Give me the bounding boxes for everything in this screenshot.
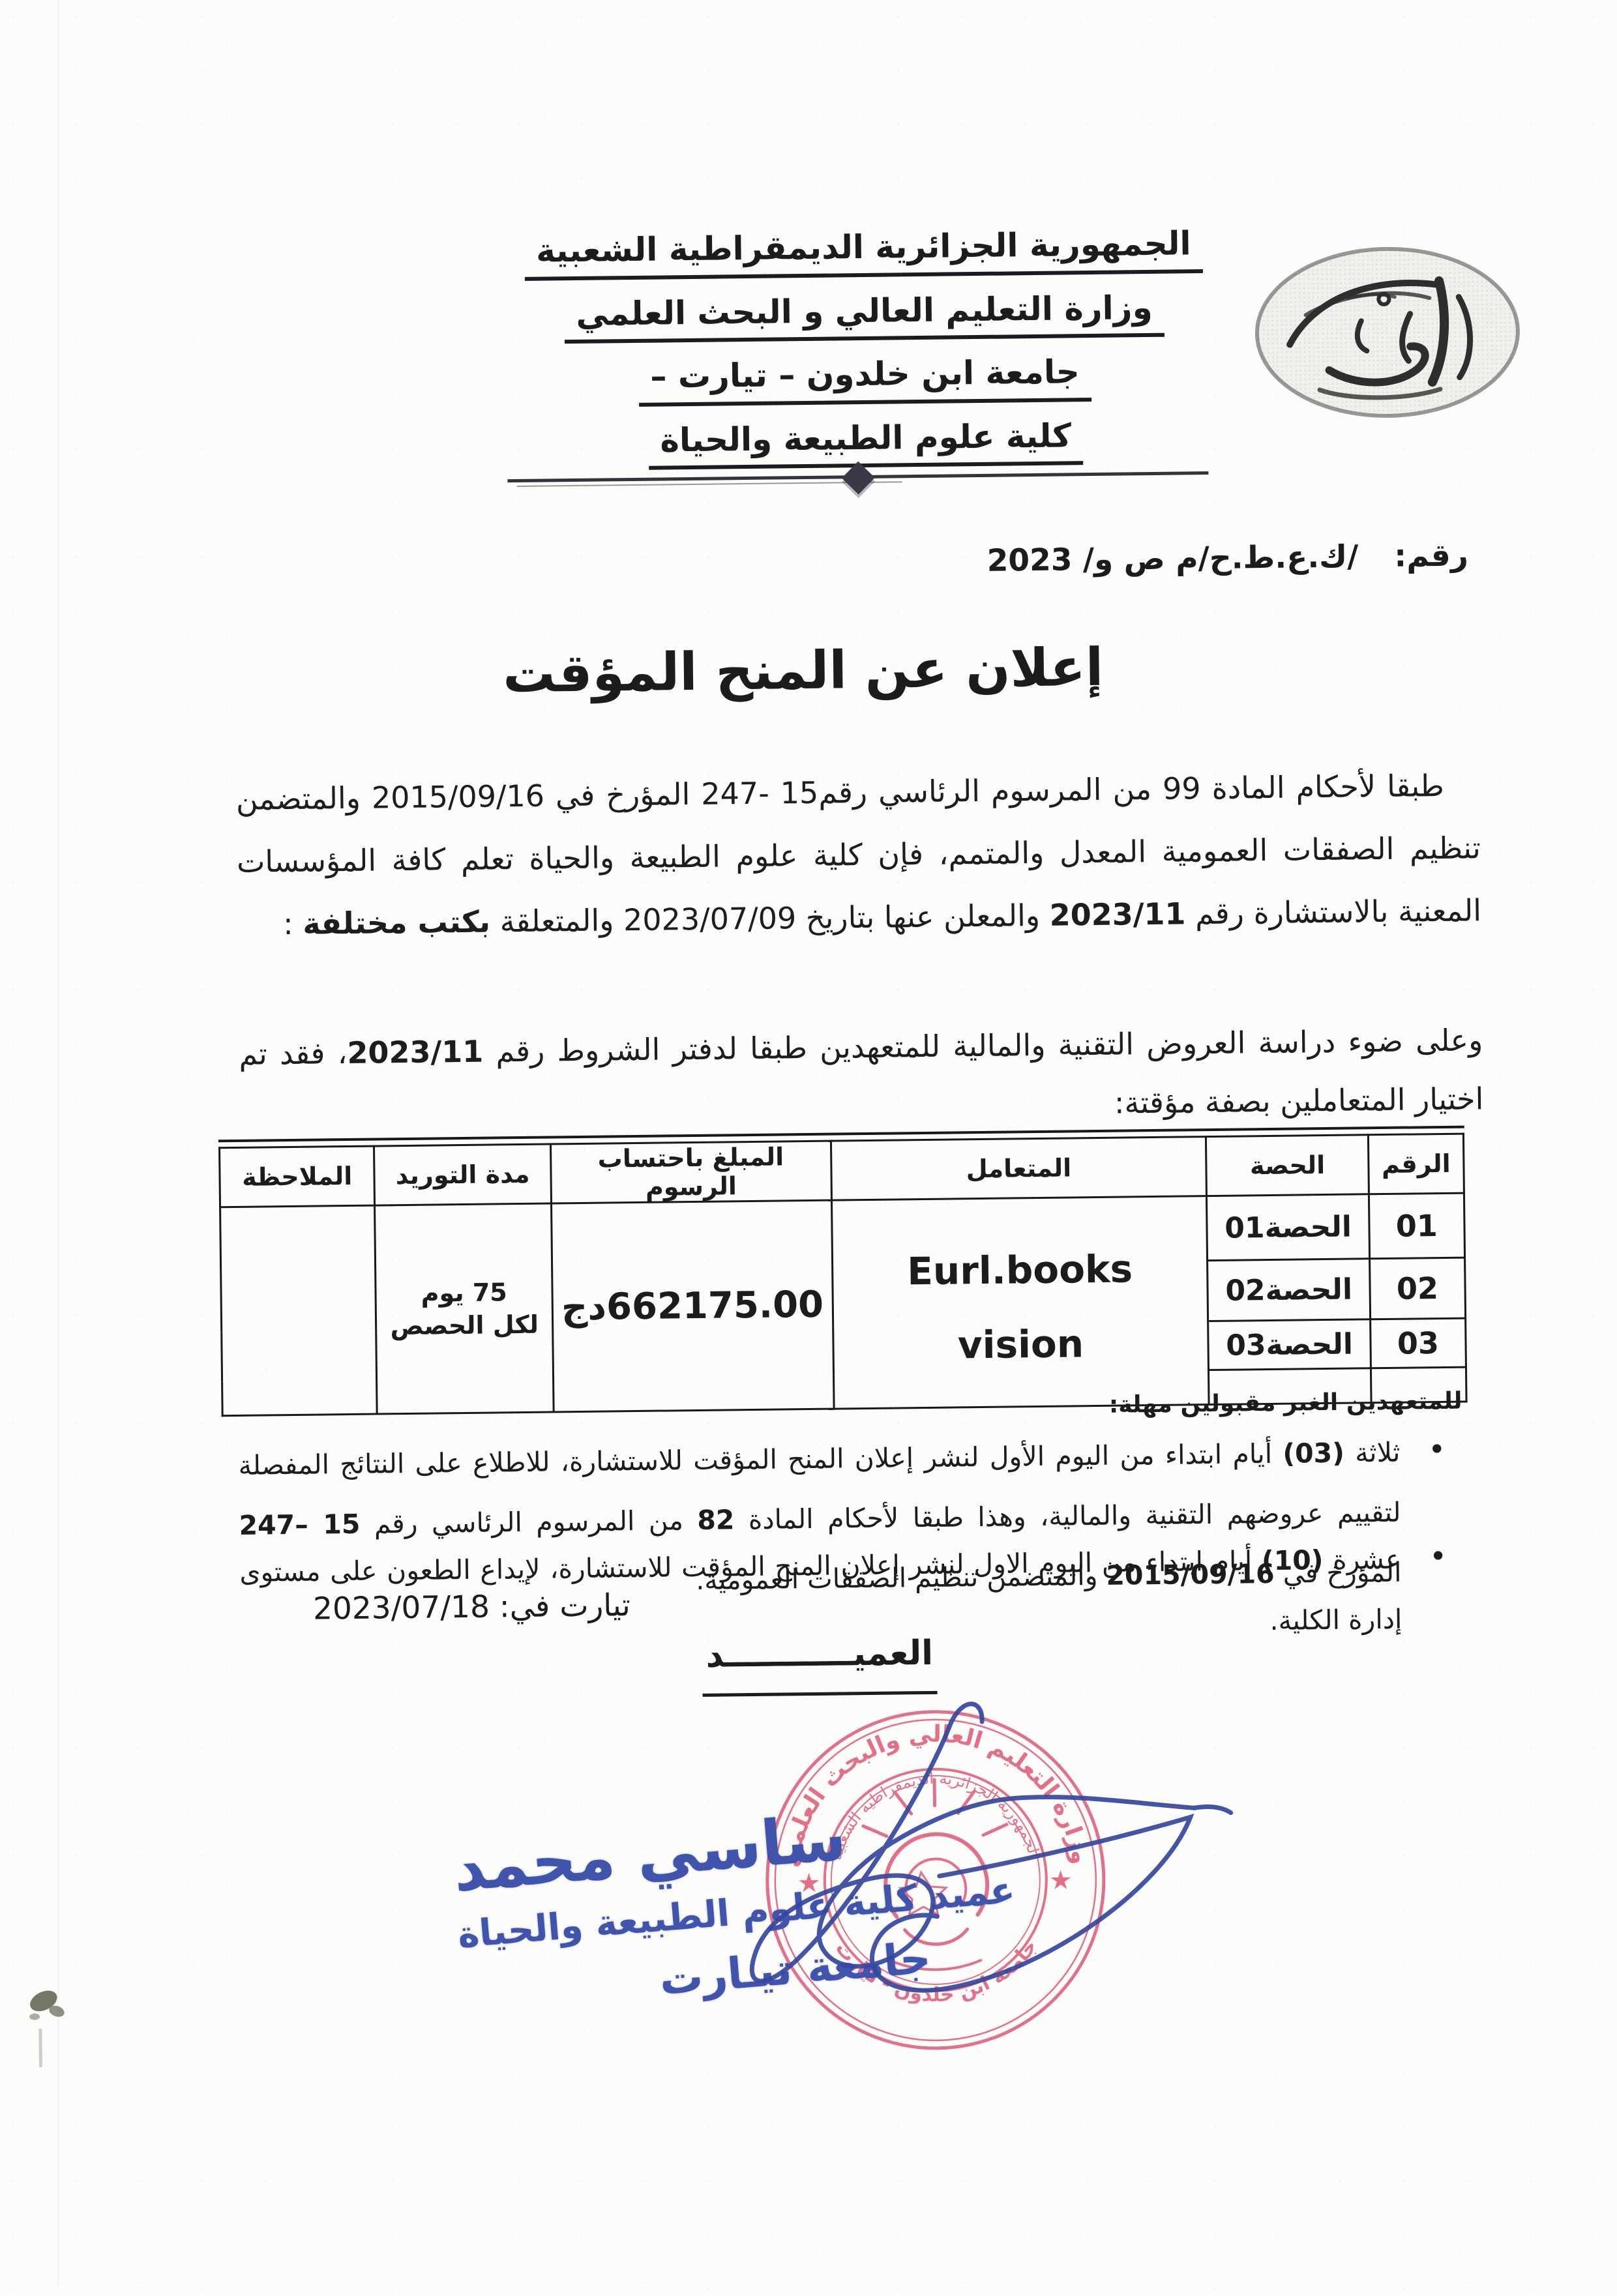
diamond-icon	[841, 462, 874, 495]
signature-icon	[572, 1668, 1267, 2040]
signature-scribble	[572, 1668, 1267, 2040]
page-title: إعلان عن المنح المؤقت	[216, 634, 1390, 707]
document-sheet: الجمهورية الجزائرية الديمقراطية الشعبية …	[0, 0, 1617, 2287]
row-number: 03	[1370, 1318, 1466, 1368]
place-date: تيارت في: 2023/07/18	[313, 1587, 630, 1627]
col-header-operator: المتعامل	[831, 1137, 1207, 1201]
selection-paragraph: وعلى ضوء دراسة العروض التقنية والمالية ل…	[239, 1010, 1484, 1142]
col-header-amount: المبلغ باحتساب الرسوم	[550, 1141, 831, 1203]
letterhead-line: جامعة ابن خلدون – تيارت –	[477, 351, 1253, 408]
operator-name-line2: vision	[834, 1320, 1208, 1368]
results-table: الرقم الحصة المتعامل المبلغ باحتساب الرس…	[218, 1133, 1468, 1417]
ministry-name: وزارة التعليم العالي و البحث العلمي	[564, 289, 1165, 344]
reference-line: رقم:/ك.ع.ط.ح/م ص و/ 2023	[987, 537, 1468, 578]
amount-cell: 662175.00دج	[551, 1200, 833, 1412]
b2-seg1: عشرة	[1323, 1544, 1401, 1576]
operator-cell: Eurl.books vision	[831, 1196, 1209, 1409]
republic-name: الجمهورية الجزائرية الديمقراطية الشعبية	[524, 225, 1203, 280]
col-header-remark: الملاحظة	[220, 1146, 375, 1207]
b1-seg5: من المرسوم الرئاسي رقم	[360, 1505, 697, 1540]
university-seal-logo	[1243, 234, 1532, 433]
letterhead: الجمهورية الجزائرية الديمقراطية الشعبية …	[475, 224, 1254, 487]
duration-line1: 75 يوم	[377, 1275, 552, 1310]
b1-article: 82	[697, 1504, 735, 1536]
b1-seg1: ثلاثة	[1344, 1437, 1401, 1469]
row-lot: الحصة02	[1208, 1259, 1370, 1321]
tender-number: 2023/11	[347, 1034, 483, 1070]
corner-smudge	[19, 1982, 79, 2081]
duration-line2: لكل الحصص	[377, 1308, 552, 1342]
smudge-icon	[19, 1982, 79, 2081]
col-header-number: الرقم	[1368, 1134, 1464, 1194]
subject-books: بكتب مختلفة	[303, 904, 490, 941]
bullet-icon: •	[1429, 1526, 1447, 1586]
consultation-number: 2023/11	[1049, 896, 1185, 932]
scanned-document-page: الجمهورية الجزائرية الديمقراطية الشعبية …	[0, 0, 1617, 2287]
b1-days: (03)	[1283, 1437, 1344, 1469]
row-lot: الحصة01	[1207, 1194, 1369, 1261]
bullet-icon: •	[1428, 1419, 1446, 1479]
col-header-duration: مدة التوريد	[374, 1144, 551, 1205]
selection-seg1: وعلى ضوء دراسة العروض التقنية والمالية ل…	[483, 1022, 1483, 1068]
remark-cell	[220, 1205, 378, 1416]
intro-seg5: :	[283, 906, 303, 941]
letterhead-line: وزارة التعليم العالي و البحث العلمي	[476, 288, 1253, 345]
row-number: 01	[1369, 1193, 1464, 1259]
letterhead-line: الجمهورية الجزائرية الديمقراطية الشعبية	[475, 224, 1252, 281]
faculty-name: كلية علوم الطبيعة والحياة	[648, 417, 1084, 470]
reference-gap	[1359, 567, 1395, 567]
b2-days: (10)	[1262, 1544, 1324, 1576]
row-number: 02	[1369, 1258, 1465, 1319]
university-name: جامعة ابن خلدون – تيارت –	[638, 353, 1091, 406]
col-header-lot: الحصة	[1206, 1135, 1369, 1196]
ibn-khaldoun-seal-icon	[1243, 234, 1532, 433]
deadline-note: للمتعهدين الغبر مقبولين مهلة:	[1109, 1388, 1462, 1419]
reference-label: رقم:	[1394, 537, 1468, 574]
operator-name-line1: Eurl.books	[833, 1246, 1207, 1294]
results-table-wrapper: الرقم الحصة المتعامل المبلغ باحتساب الرس…	[218, 1126, 1468, 1417]
duration-cell: 75 يوم لكل الحصص	[375, 1203, 554, 1414]
intro-seg3: والمعلن عنها بتاريخ 2023/07/09 والمتعلقة	[490, 898, 1050, 939]
divider-rule-shadow	[517, 481, 902, 487]
intro-paragraph: طبقا لأحكام المادة 99 من المرسوم الرئاسي…	[235, 754, 1481, 956]
reference-value: /ك.ع.ط.ح/م ص و/ 2023	[987, 538, 1358, 578]
b1-decree: 15 –247	[239, 1509, 360, 1541]
row-lot: الحصة03	[1208, 1319, 1371, 1370]
